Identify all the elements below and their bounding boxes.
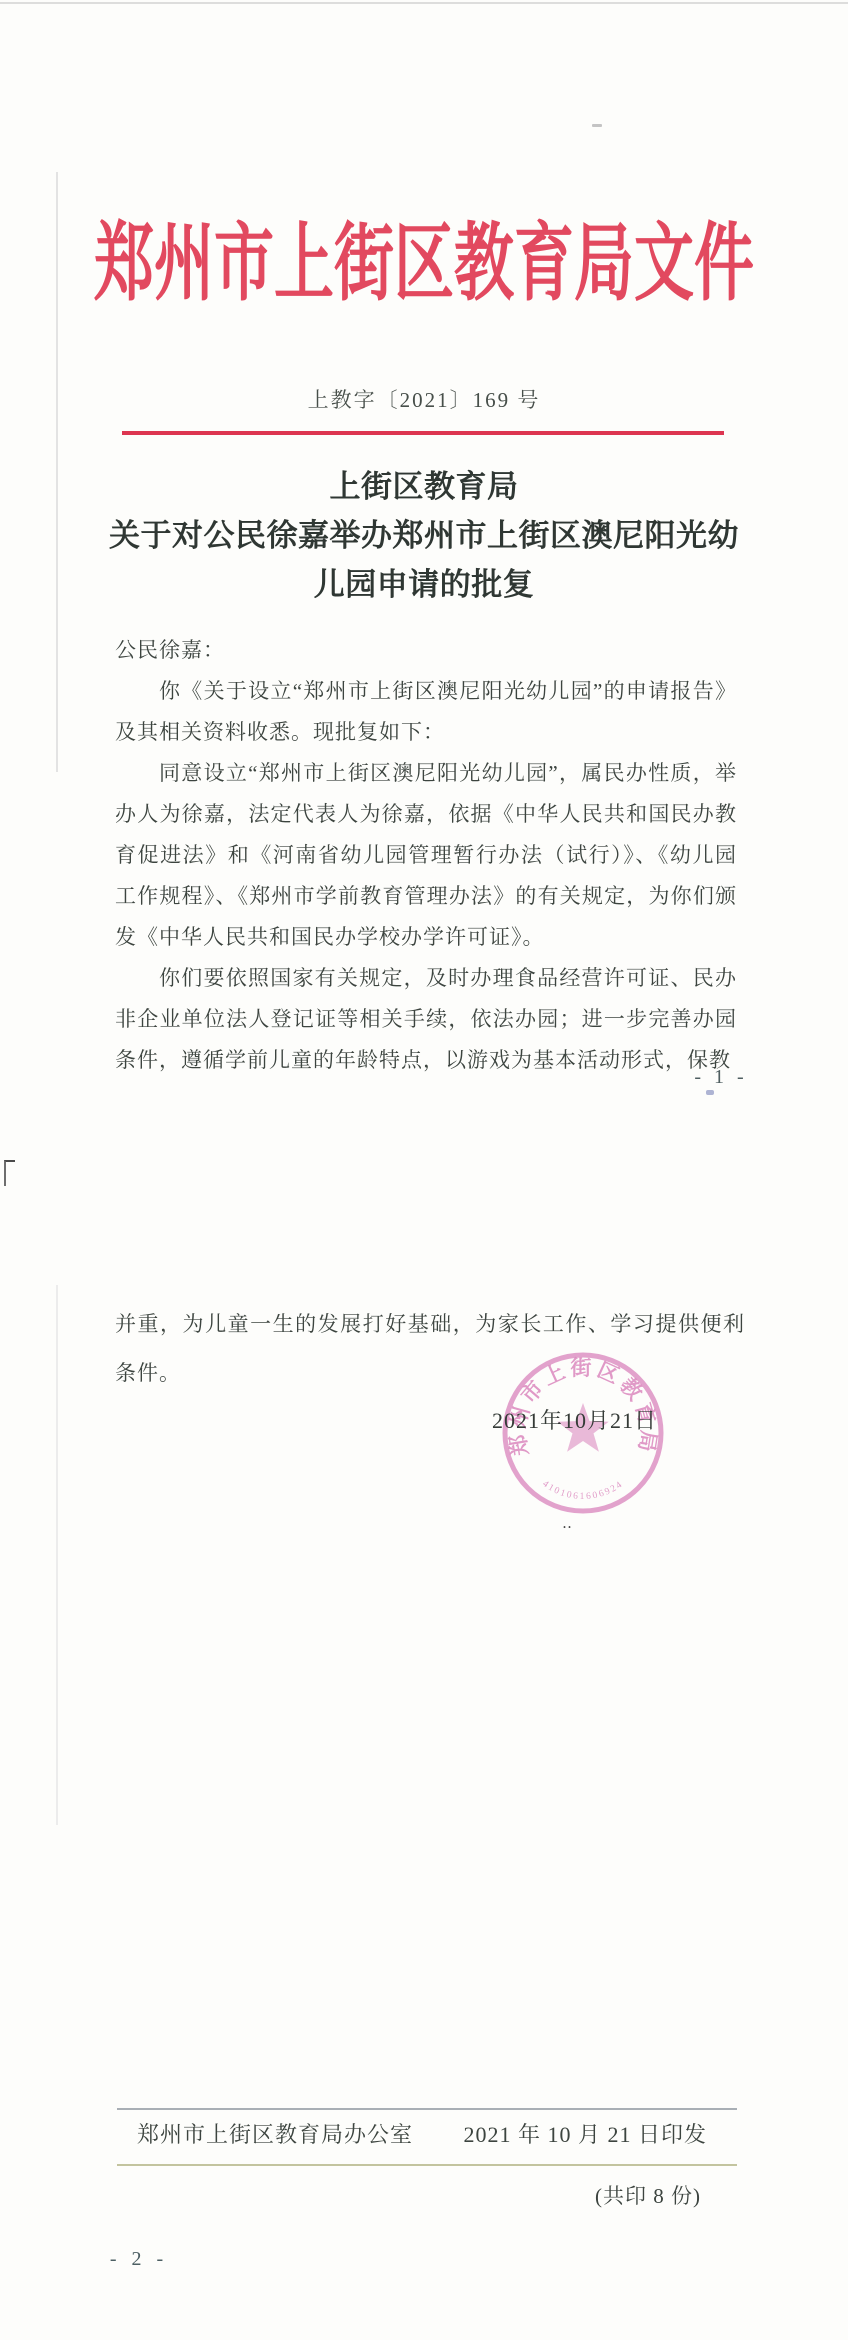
print-date: 2021 年 10 月 21 日印发 bbox=[463, 2118, 707, 2149]
document-number: 上教字〔2021〕169 号 bbox=[0, 384, 848, 414]
paragraph: 你《关于设立“郑州市上街区澳尼阳光幼儿园”的申请报告》及其相关资料收悉。现批复如… bbox=[115, 671, 737, 753]
document-title-line: 上街区教育局 bbox=[64, 462, 784, 511]
footer-rule-bottom bbox=[117, 2164, 737, 2166]
footer-row: 郑州市上街区教育局办公室 2021 年 10 月 21 日印发 bbox=[117, 2110, 737, 2146]
scanned-document: ‥ 郑州市上街区教育局文件 上教字〔2021〕169 号 上街区教育局 关于对公… bbox=[0, 0, 848, 2340]
paragraph: 同意设立“郑州市上街区澳尼阳光幼儿园”，属民办性质，举办人为徐嘉，法定代表人为徐… bbox=[115, 753, 737, 958]
scan-speck bbox=[706, 1090, 714, 1095]
page-number-1: - 1 - bbox=[686, 1066, 756, 1089]
letterhead-title: 郑州市上街区教育局文件 bbox=[0, 196, 848, 318]
paragraph: 你们要依照国家有关规定，及时办理食品经营许可证、民办非企业单位法人登记证等相关手… bbox=[115, 958, 737, 1081]
svg-text:4101061606924: 4101061606924 bbox=[540, 1479, 625, 1502]
body-text-page1: 公民徐嘉： 你《关于设立“郑州市上街区澳尼阳光幼儿园”的申请报告》及其相关资料收… bbox=[115, 630, 737, 1081]
salutation: 公民徐嘉： bbox=[115, 630, 737, 671]
document-title: 上街区教育局 关于对公民徐嘉举办郑州市上街区澳尼阳光幼 儿园申请的批复 bbox=[64, 462, 784, 609]
document-title-line: 关于对公民徐嘉举办郑州市上街区澳尼阳光幼 bbox=[64, 511, 784, 560]
scan-speck bbox=[592, 124, 602, 127]
red-divider-rule bbox=[122, 431, 724, 435]
document-title-line: 儿园申请的批复 bbox=[64, 560, 784, 609]
issuing-office: 郑州市上街区教育局办公室 bbox=[137, 2118, 413, 2149]
colophon-footer: 郑州市上街区教育局办公室 2021 年 10 月 21 日印发 (共印 8 份) bbox=[117, 2108, 737, 2210]
seal-code-text: 4101061606924 bbox=[540, 1479, 625, 1502]
page-corner-mark bbox=[4, 1160, 15, 1186]
copies-count: (共印 8 份) bbox=[117, 2180, 737, 2210]
page-number-2: - 2 - bbox=[104, 2248, 174, 2271]
scan-edge-line bbox=[0, 2, 848, 4]
scan-artifact-line bbox=[56, 1285, 58, 1825]
issue-date: 2021年10月21日 bbox=[492, 1404, 657, 1435]
